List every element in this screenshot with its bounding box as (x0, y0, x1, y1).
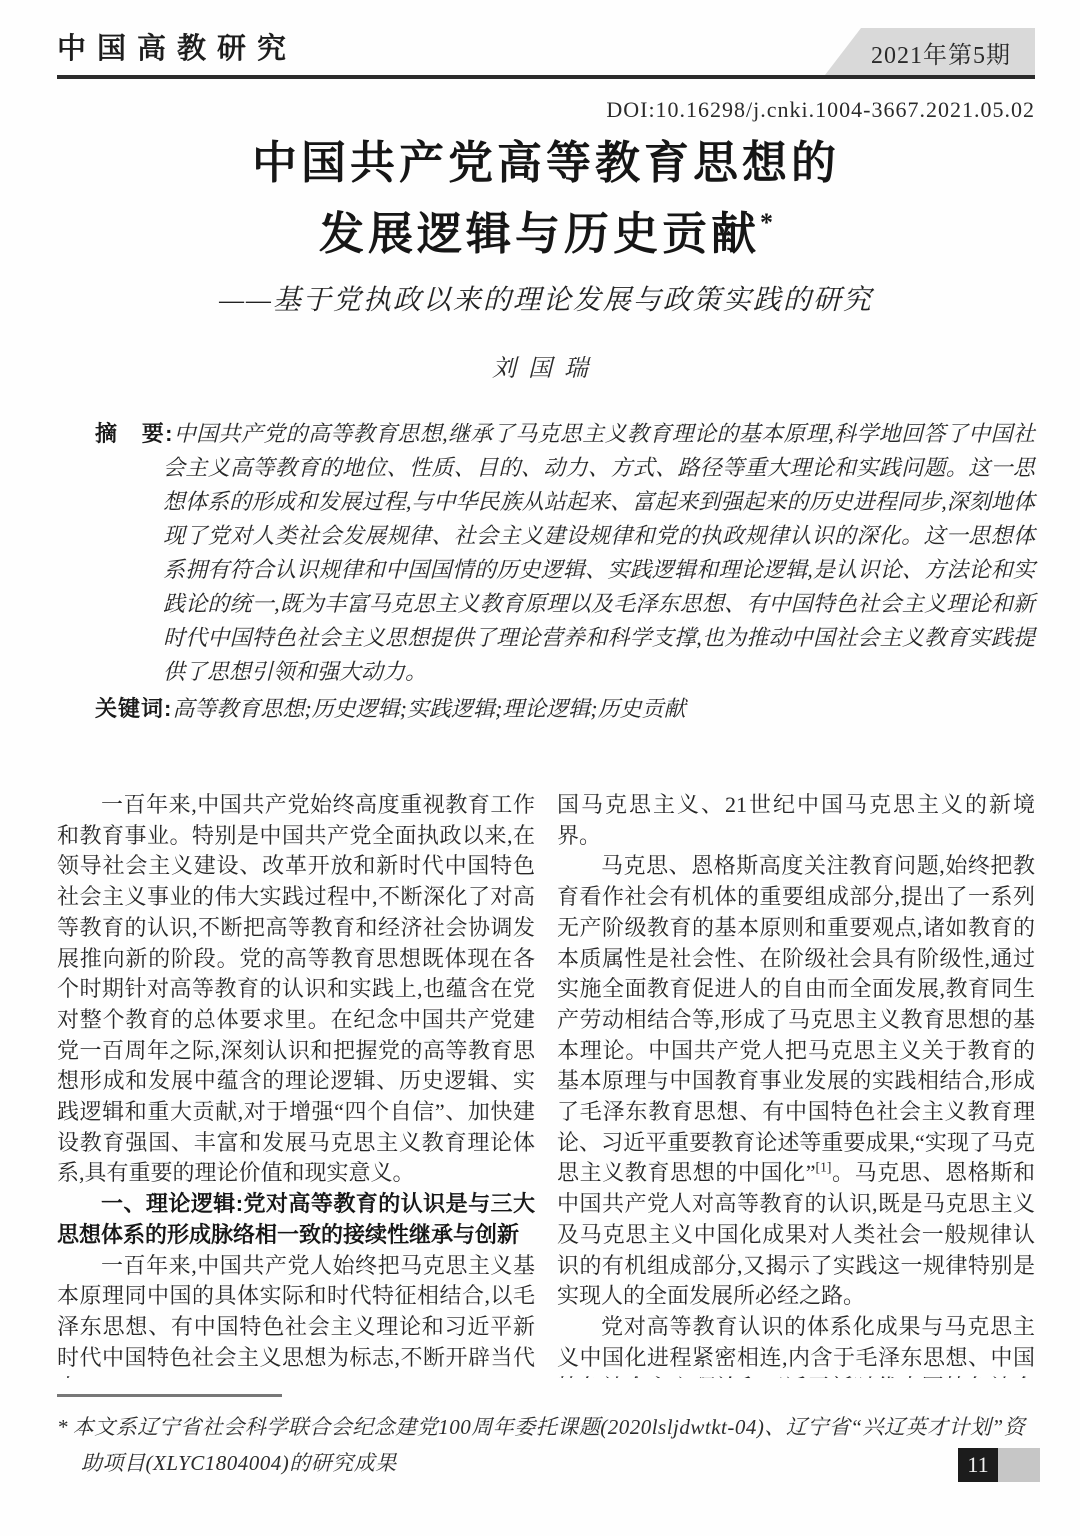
page-number-accent (998, 1448, 1040, 1482)
article-title-line1: 中国共产党高等教育思想的 (57, 133, 1035, 193)
footnote-marker: * (57, 1415, 68, 1439)
abstract-block: 摘 要:中国共产党的高等教育思想,继承了马克思主义教育理论的基本原理,科学地回答… (95, 417, 1035, 689)
article-title-line2: 发展逻辑与历史贡献* (57, 193, 1035, 264)
abstract-text: 中国共产党的高等教育思想,继承了马克思主义教育理论的基本原理,科学地回答了中国社… (163, 421, 1035, 684)
keywords-text: 高等教育思想;历史逻辑;实践逻辑;理论逻辑;历史贡献 (172, 696, 685, 721)
page-content: 中国高教研究 2021年第5期 DOI:10.16298/j.cnki.1004… (57, 0, 1035, 1481)
article-body: 一百年来,中国共产党始终高度重视教育工作和教育事业。特别是中国共产党全面执政以来… (57, 790, 1035, 1378)
doi-line: DOI:10.16298/j.cnki.1004-3667.2021.05.02 (57, 97, 1035, 123)
body-paragraph: 国马克思主义、21世纪中国马克思主义的新境界。 (557, 790, 1035, 851)
footnote-divider (57, 1394, 282, 1397)
body-paragraph: 党对高等教育认识的体系化成果与马克思主义中国化进程紧密相连,内含于毛泽东思想、中… (557, 1312, 1035, 1378)
section-heading: 一、理论逻辑:党对高等教育的认识是与三大思想体系的形成脉络相一致的接续性继承与创… (57, 1189, 535, 1250)
issue-tab: 2021年第5期 (825, 28, 1035, 75)
page-number: 11 (958, 1448, 998, 1482)
body-paragraph: 马克思、恩格斯高度关注教育问题,始终把教育看作社会有机体的重要组成部分,提出了一… (557, 851, 1035, 1312)
footnote: * 本文系辽宁省社会科学联合会纪念建党100周年委托课题(2020lsljdwt… (57, 1409, 1035, 1481)
body-paragraph: 一百年来,中国共产党人始终把马克思主义基本原理同中国的具体实际和时代特征相结合,… (57, 1251, 535, 1378)
article-subtitle: ——基于党执政以来的理论发展与政策实践的研究 (57, 278, 1035, 318)
abstract-label: 摘 要: (95, 421, 173, 446)
body-paragraph: 一百年来,中国共产党始终高度重视教育工作和教育事业。特别是中国共产党全面执政以来… (57, 790, 535, 1189)
keywords-label: 关键词: (95, 696, 172, 721)
journal-header: 中国高教研究 2021年第5期 (57, 0, 1035, 79)
body-left-column: 一百年来,中国共产党始终高度重视教育工作和教育事业。特别是中国共产党全面执政以来… (57, 790, 535, 1378)
article-title: 中国共产党高等教育思想的 发展逻辑与历史贡献* (57, 133, 1035, 264)
page-number-block: 11 (958, 1448, 1040, 1482)
keywords-block: 关键词:高等教育思想;历史逻辑;实践逻辑;理论逻辑;历史贡献 (95, 692, 1035, 726)
article-author: 刘国瑞 (57, 348, 1035, 383)
journal-name: 中国高教研究 (57, 26, 297, 75)
body-right-column: 国马克思主义、21世纪中国马克思主义的新境界。马克思、恩格斯高度关注教育问题,始… (557, 790, 1035, 1378)
footnote-text: 本文系辽宁省社会科学联合会纪念建党100周年委托课题(2020lsljdwtkt… (73, 1415, 1026, 1475)
journal-page: 中国高教研究 2021年第5期 DOI:10.16298/j.cnki.1004… (0, 0, 1080, 1536)
citation-marker: [1] (816, 1160, 832, 1175)
title-footnote-marker: * (760, 208, 773, 237)
